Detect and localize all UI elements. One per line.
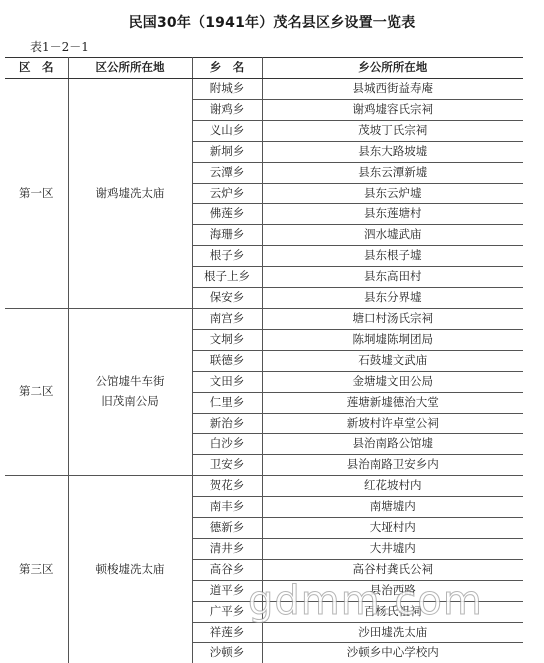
page-title: 民国30年（1941年）茂名县区乡设置一览表: [0, 12, 544, 32]
township-name: 南丰乡: [192, 497, 262, 518]
township-office: 县东根子墟: [262, 246, 523, 267]
township-name: 白沙乡: [192, 434, 262, 455]
township-name: 清井乡: [192, 538, 262, 559]
township-office: 塘口村汤氏宗祠: [262, 308, 523, 329]
header-township-name: 乡 名: [192, 58, 262, 79]
table-row: 第二区 公馆墟牛车街 旧茂南公局 南宫乡 塘口村汤氏宗祠: [5, 308, 523, 329]
township-office: 县城西街益寿庵: [262, 79, 523, 100]
township-name: 沙顿乡: [192, 643, 262, 663]
township-name: 道平乡: [192, 580, 262, 601]
township-office: 县东云潭新墟: [262, 162, 523, 183]
district-township-table: 区 名 区公所所在地 乡 名 乡公所所在地 第一区 谢鸡墟冼太庙 附城乡 县城西…: [5, 57, 523, 663]
table-id: 表1－2－1: [30, 38, 89, 55]
township-office: 石鼓墟文武庙: [262, 350, 523, 371]
township-name: 德新乡: [192, 518, 262, 539]
header-township-office: 乡公所所在地: [262, 58, 523, 79]
township-office: 沙田墟冼太庙: [262, 622, 523, 643]
township-name: 保安乡: [192, 288, 262, 309]
district-name: 第一区: [5, 79, 68, 309]
township-office: 大垭村内: [262, 518, 523, 539]
township-name: 义山乡: [192, 120, 262, 141]
township-office: 县东大路坡墟: [262, 141, 523, 162]
township-office: 谢鸡墟容氏宗祠: [262, 99, 523, 120]
township-office: 南塘墟内: [262, 497, 523, 518]
table-row: 第一区 谢鸡墟冼太庙 附城乡 县城西街益寿庵: [5, 79, 523, 100]
township-office: 县东分界墟: [262, 288, 523, 309]
township-office: 县东云炉墟: [262, 183, 523, 204]
township-office: 陈垌墟陈垌团局: [262, 329, 523, 350]
header-district-name: 区 名: [5, 58, 68, 79]
township-office: 县治南路卫安乡内: [262, 455, 523, 476]
township-office: 莲塘新墟德治大堂: [262, 392, 523, 413]
township-name: 云潭乡: [192, 162, 262, 183]
township-name: 贺花乡: [192, 476, 262, 497]
district-office: 公馆墟牛车街 旧茂南公局: [68, 308, 192, 475]
district-office: 谢鸡墟冼太庙: [68, 79, 192, 309]
township-name: 佛莲乡: [192, 204, 262, 225]
township-name: 海珊乡: [192, 225, 262, 246]
township-name: 谢鸡乡: [192, 99, 262, 120]
township-name: 仁里乡: [192, 392, 262, 413]
township-office: 大井墟内: [262, 538, 523, 559]
township-name: 文垌乡: [192, 329, 262, 350]
township-office: 新坡村许卓堂公祠: [262, 413, 523, 434]
township-name: 新垌乡: [192, 141, 262, 162]
header-district-office: 区公所所在地: [68, 58, 192, 79]
township-name: 卫安乡: [192, 455, 262, 476]
township-office: 泗水墟武庙: [262, 225, 523, 246]
district-office-line1: 公馆墟牛车街: [69, 372, 192, 392]
township-name: 祥莲乡: [192, 622, 262, 643]
district-name: 第二区: [5, 308, 68, 475]
township-office: 红花坡村内: [262, 476, 523, 497]
township-office: 高谷村龚氏公祠: [262, 559, 523, 580]
township-name: 附城乡: [192, 79, 262, 100]
township-name: 新治乡: [192, 413, 262, 434]
township-name: 南宫乡: [192, 308, 262, 329]
district-name: 第三区: [5, 476, 68, 663]
table-row: 第三区 顿梭墟冼太庙 贺花乡 红花坡村内: [5, 476, 523, 497]
township-office: 县东莲塘村: [262, 204, 523, 225]
table-header-row: 区 名 区公所所在地 乡 名 乡公所所在地: [5, 58, 523, 79]
township-office: 百杨氏祖祠: [262, 601, 523, 622]
township-office: 县治西路: [262, 580, 523, 601]
township-office: 金塘墟文田公局: [262, 371, 523, 392]
township-name: 云炉乡: [192, 183, 262, 204]
district-office-line2: 旧茂南公局: [69, 392, 192, 412]
township-name: 根子乡: [192, 246, 262, 267]
township-name: 高谷乡: [192, 559, 262, 580]
township-name: 根子上乡: [192, 267, 262, 288]
township-office: 县东高田村: [262, 267, 523, 288]
township-name: 广平乡: [192, 601, 262, 622]
township-name: 文田乡: [192, 371, 262, 392]
township-office: 茂坡丁氏宗祠: [262, 120, 523, 141]
township-office: 县治南路公馆墟: [262, 434, 523, 455]
township-name: 联德乡: [192, 350, 262, 371]
district-office: 顿梭墟冼太庙: [68, 476, 192, 663]
township-office: 沙顿乡中心学校内: [262, 643, 523, 663]
